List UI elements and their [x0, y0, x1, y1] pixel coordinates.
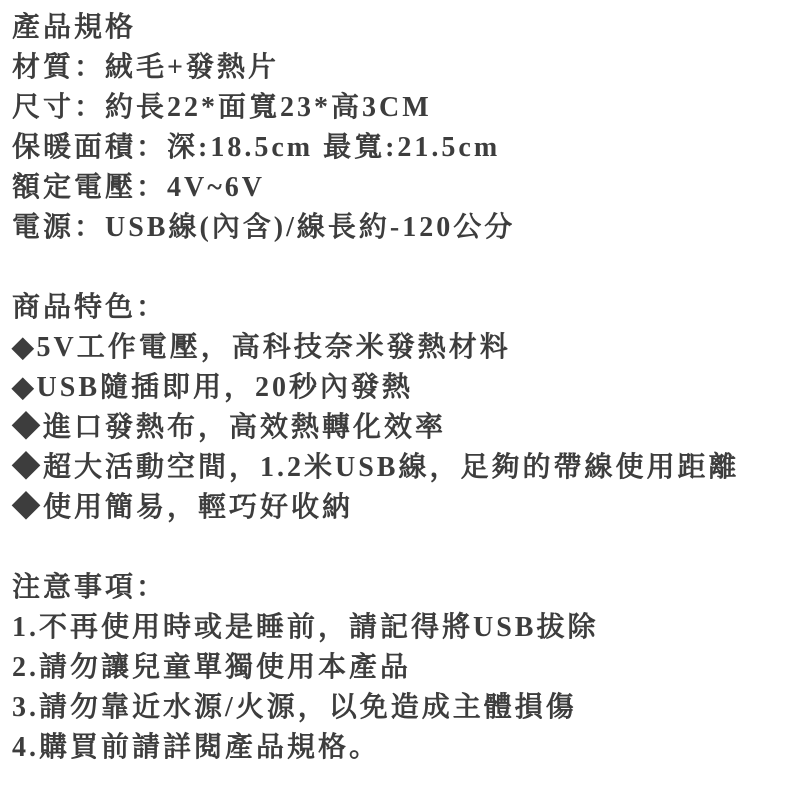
notice-line: 4.購買前請詳閱產品規格。 [12, 728, 790, 768]
section-product-specs: 產品規格 材質：絨毛+發熱片 尺寸：約長22*面寬23*高3CM 保暖面積：深:… [12, 8, 790, 248]
notice-line: 3.請勿靠近水源/火源，以免造成主體損傷 [12, 688, 790, 728]
notice-line: 2.請勿讓兒童單獨使用本產品 [12, 648, 790, 688]
spec-line-material: 材質：絨毛+發熱片 [12, 48, 790, 88]
feature-line: ◆使用簡易，輕巧好收納 [12, 488, 790, 528]
product-spec-document: 產品規格 材質：絨毛+發熱片 尺寸：約長22*面寬23*高3CM 保暖面積：深:… [0, 0, 800, 800]
section-title-notices: 注意事項： [12, 568, 790, 608]
section-product-features: 商品特色： ◆5V工作電壓，高科技奈米發熱材料 ◆USB隨插即用，20秒內發熱 … [12, 288, 790, 528]
spec-line-voltage: 額定電壓：4V~6V [12, 168, 790, 208]
feature-line: ◆進口發熱布，高效熱轉化效率 [12, 408, 790, 448]
feature-line: ◆超大活動空間，1.2米USB線，足夠的帶線使用距離 [12, 448, 790, 488]
section-title-product-features: 商品特色： [12, 288, 790, 328]
feature-line: ◆USB隨插即用，20秒內發熱 [12, 368, 790, 408]
section-title-product-specs: 產品規格 [12, 8, 790, 48]
feature-line: ◆5V工作電壓，高科技奈米發熱材料 [12, 328, 790, 368]
spec-line-power: 電源：USB線(內含)/線長約-120公分 [12, 208, 790, 248]
spec-line-size: 尺寸：約長22*面寬23*高3CM [12, 88, 790, 128]
spec-line-warm-area: 保暖面積：深:18.5cm 最寬:21.5cm [12, 128, 790, 168]
section-notices: 注意事項： 1.不再使用時或是睡前，請記得將USB拔除 2.請勿讓兒童單獨使用本… [12, 568, 790, 768]
notice-line: 1.不再使用時或是睡前，請記得將USB拔除 [12, 608, 790, 648]
